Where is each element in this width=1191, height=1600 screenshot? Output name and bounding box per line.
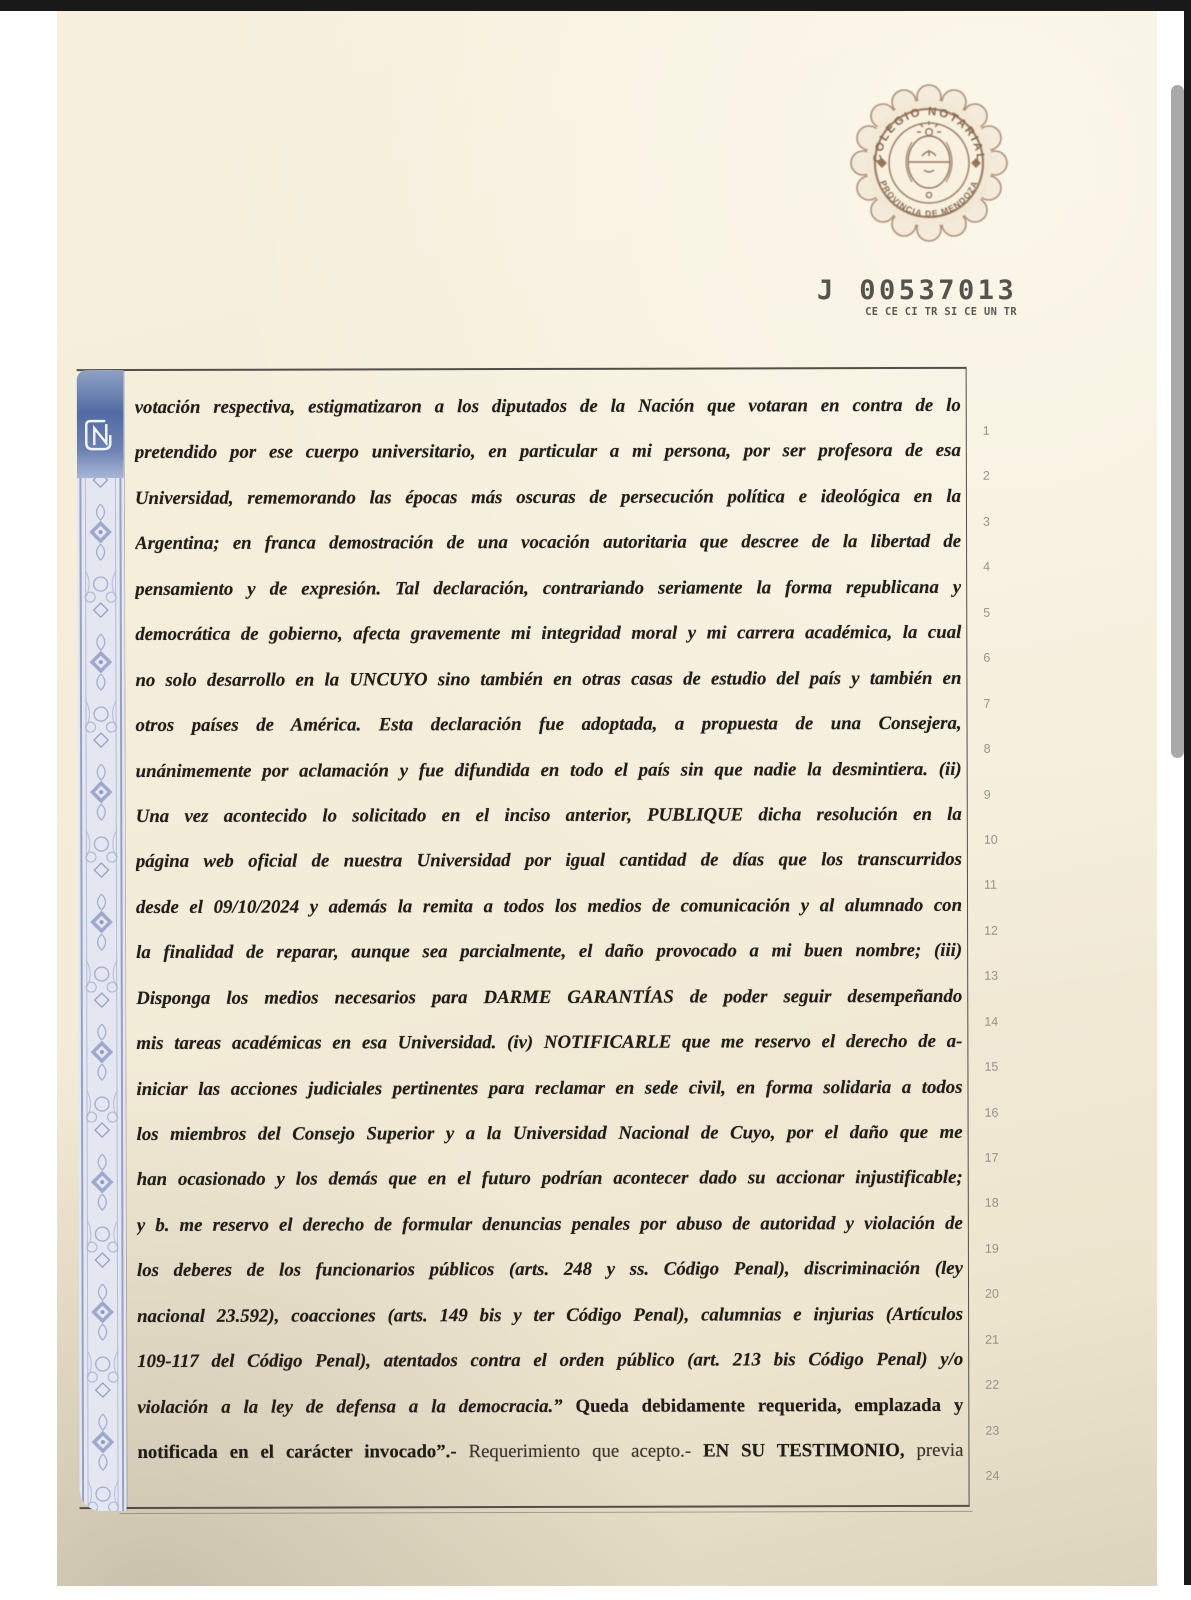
document-line: mis tareas académicas en esa Universidad…	[136, 1019, 962, 1067]
line-number: 6	[983, 636, 1013, 682]
line-number: 7	[983, 681, 1013, 727]
document-line: pretendido por ese cuerpo universitario,…	[135, 428, 961, 476]
text-segment: los miembros del Consejo Superior y a la…	[137, 1122, 963, 1145]
text-segment: pensamiento y de expresión. Tal declarac…	[135, 577, 961, 600]
line-number: 14	[984, 999, 1014, 1045]
line-number: 20	[985, 1272, 1015, 1318]
text-segment: Requerimiento que acepto.-	[469, 1441, 704, 1463]
document-line: unánimemente por aclamación y fue difund…	[136, 746, 962, 794]
line-number: 17	[985, 1136, 1015, 1182]
text-segment: han ocasionado y los demás que en el fut…	[137, 1167, 963, 1190]
line-number: 12	[984, 909, 1014, 955]
line-number: 13	[984, 954, 1014, 1000]
line-number: 23	[985, 1408, 1015, 1454]
line-number: 21	[985, 1317, 1015, 1363]
document-line: otros países de América. Esta declaració…	[135, 701, 961, 749]
scrollbar-track[interactable]	[1168, 11, 1184, 1585]
text-segment: unánimemente por aclamación y fue difund…	[136, 758, 962, 781]
text-segment: previa	[916, 1440, 963, 1461]
text-segment: iniciar las acciones judiciales pertinen…	[136, 1076, 962, 1099]
text-segment: Universidad, rememorando las épocas más …	[135, 486, 961, 509]
text-segment: votación respectiva, estigmatizaron a lo…	[135, 395, 961, 418]
line-number: 9	[984, 772, 1014, 818]
line-number: 1	[983, 409, 1013, 455]
document-line: los deberes de los funcionarios públicos…	[137, 1246, 963, 1294]
text-segment: y b. me reservo el derecho de formular d…	[137, 1213, 963, 1236]
text-segment: mis tareas académicas en esa Universidad…	[136, 1031, 962, 1054]
line-number: 15	[984, 1045, 1014, 1091]
scanned-notarial-document: COLEGIO NOTARIAL PROVINCIA DE MENDOZA	[0, 0, 1191, 1600]
document-line: y b. me reservo el derecho de formular d…	[137, 1201, 963, 1249]
document-line: 109-117 del Código Penal), atentados con…	[137, 1337, 963, 1385]
text-segment: notificada en el carácter invocado”.-	[137, 1441, 468, 1463]
line-number-column: 123456789101112131415161718192021222324	[983, 409, 1016, 1500]
document-line: votación respectiva, estigmatizaron a lo…	[135, 383, 961, 431]
line-number: 2	[983, 454, 1013, 500]
line-number: 5	[983, 590, 1013, 636]
line-number: 11	[984, 863, 1014, 909]
line-number: 10	[984, 818, 1014, 864]
text-segment: violación a la ley de defensa a la democ…	[137, 1395, 575, 1417]
line-number: 3	[983, 500, 1013, 546]
document-line: iniciar las acciones judiciales pertinen…	[136, 1064, 962, 1112]
text-segment: no solo desarrollo en la UNCUYO sino tam…	[135, 667, 961, 690]
scrollbar-thumb[interactable]	[1171, 85, 1184, 758]
line-number: 24	[985, 1454, 1015, 1500]
text-segment: Queda debidamente requerida, emplazada y	[575, 1394, 963, 1416]
document-area: votación respectiva, estigmatizaron a lo…	[0, 0, 1191, 1600]
line-number: 19	[985, 1227, 1015, 1273]
document-line: nacional 23.592), coacciones (arts. 149 …	[137, 1292, 963, 1340]
line-number: 8	[984, 727, 1014, 773]
document-line: Argentina; en franca demostración de una…	[135, 519, 961, 567]
guilloche-pattern	[77, 370, 127, 1511]
text-segment: nacional 23.592), coacciones (arts. 149 …	[137, 1304, 963, 1327]
document-line: Disponga los medios necesarios para DARM…	[136, 974, 962, 1022]
document-line: la finalidad de reparar, aunque sea parc…	[136, 928, 962, 976]
text-segment: desde el 09/10/2024 y además la remita a…	[136, 895, 962, 918]
text-segment: EN SU TESTIMONIO,	[703, 1440, 916, 1462]
text-segment: 109-117 del Código Penal), atentados con…	[137, 1349, 963, 1372]
document-line: democrática de gobierno, afecta gravemen…	[135, 610, 961, 658]
text-segment: Argentina; en franca demostración de una…	[135, 531, 961, 554]
document-line: desde el 09/10/2024 y además la remita a…	[136, 883, 962, 931]
text-segment: otros países de América. Esta declaració…	[136, 713, 962, 736]
text-segment: Disponga los medios necesarios para DARM…	[136, 986, 962, 1009]
viewer-right-bar	[1184, 0, 1191, 1585]
line-number: 4	[983, 545, 1013, 591]
document-line: violación a la ley de defensa a la democ…	[137, 1382, 963, 1430]
document-line: han ocasionado y los demás que en el fut…	[137, 1155, 963, 1203]
text-segment: la finalidad de reparar, aunque sea parc…	[136, 940, 962, 963]
document-line: pensamiento y de expresión. Tal declarac…	[135, 565, 961, 613]
text-segment: Una vez acontecido lo solicitado en el i…	[136, 804, 962, 827]
document-line: no solo desarrollo en la UNCUYO sino tam…	[135, 655, 961, 703]
viewer-top-bar	[0, 0, 1191, 11]
line-number: 16	[984, 1090, 1014, 1136]
document-line: Una vez acontecido lo solicitado en el i…	[136, 792, 962, 840]
document-line: página web oficial de nuestra Universida…	[136, 837, 962, 885]
text-segment: pretendido por ese cuerpo universitario,…	[135, 440, 961, 463]
text-segment: democrática de gobierno, afecta gravemen…	[135, 622, 961, 645]
text-segment: los deberes de los funcionarios públicos…	[137, 1258, 963, 1281]
line-number: 18	[985, 1181, 1015, 1227]
document-line: Universidad, rememorando las épocas más …	[135, 474, 961, 522]
document-lines: votación respectiva, estigmatizaron a lo…	[135, 383, 964, 1476]
text-segment: página web oficial de nuestra Universida…	[136, 849, 962, 872]
line-number: 22	[985, 1363, 1015, 1409]
security-border-strip	[77, 370, 128, 1511]
document-line: los miembros del Consejo Superior y a la…	[137, 1110, 963, 1158]
strip-blue-cap	[77, 370, 124, 478]
document-line: notificada en el carácter invocado”.- Re…	[137, 1428, 963, 1476]
